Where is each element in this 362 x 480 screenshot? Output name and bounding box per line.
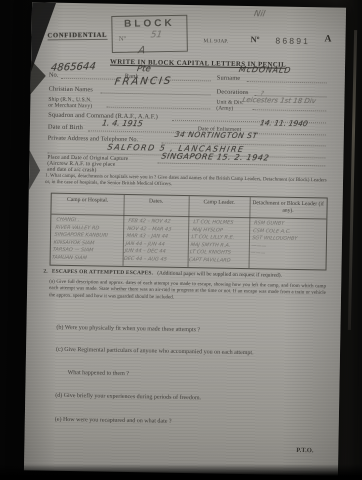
question-2c-followup-text: What happened to them ?	[68, 370, 129, 377]
dotted-line	[61, 78, 119, 80]
surname-value: McDONALD	[238, 65, 292, 75]
block-number-stamp: BLOCK Nº 51	[111, 15, 188, 53]
table-header-camp: Camp or Hospital.	[52, 197, 124, 205]
surname-label: Surname	[217, 75, 241, 82]
table-header-dates: Dates.	[124, 198, 189, 206]
section-2-note: (Additional paper will be supplied on re…	[157, 271, 282, 279]
date-of-birth-value: 1. 4. 1915	[101, 119, 143, 129]
serial-suffix: A	[324, 34, 331, 44]
enlistment-value: 14. 11. 1940	[259, 118, 308, 128]
question-1-text: 1. What camps, detachments or hospitals …	[45, 173, 327, 191]
nil-note-handwritten: Nil	[253, 9, 266, 19]
question-2a-text: (a) Give full description and approx. da…	[49, 279, 326, 304]
table-header-leader: Camp Leader.	[189, 199, 250, 207]
serial-no-label: Nº	[250, 34, 259, 44]
question-2e-text: (e) How were you recaptured and on what …	[55, 417, 172, 425]
block-stamp-number: 51	[150, 30, 163, 40]
confidential-stamp: CONFIDENTIAL	[47, 32, 107, 41]
serial-number: 86891	[275, 36, 310, 47]
block-stamp-no-label: Nº	[119, 35, 126, 43]
dotted-line	[157, 163, 325, 167]
dotted-line	[106, 107, 210, 110]
block-stamp-word: BLOCK	[112, 18, 186, 30]
section-2-title: ESCAPES OR ATTEMPTED ESCAPES.	[52, 269, 153, 277]
dotted-line	[252, 109, 326, 111]
date-of-birth-label: Date of Birth	[48, 124, 83, 132]
question-2c-text: (c) Give Regimental particulars of anyon…	[56, 347, 254, 356]
table-col-dates-entries: FEB 42 – NOV 42NOV 42 – MAR 43 MAR 43 – …	[123, 218, 189, 265]
table-col-camp-entries: CHANGI .RIVER VALLEY RD SINGAPORE KANBUR…	[51, 217, 125, 264]
address-value-line1: 34 NORTINGTON ST	[174, 130, 258, 140]
shadow-wedge	[29, 150, 41, 190]
block-capitals-instruction: WRITE IN BLOCK CAPITAL LETTERS IN PENCIL	[61, 58, 335, 70]
section-2-number: 2.	[43, 269, 48, 275]
unit-div-label-line2: (Army)	[216, 106, 233, 112]
service-number-value: 4865644	[50, 61, 96, 74]
paper-stack-edge	[348, 30, 357, 330]
camps-table: Camp or Hospital. Dates. Camp Leader. De…	[50, 193, 328, 271]
unit-div-value: Leicesters 1st 18 Div	[242, 96, 317, 105]
dotted-line	[247, 81, 327, 83]
photo-background: CONFIDENTIAL BLOCK Nº 51 A M.I. 9/JAP. N…	[0, 0, 362, 480]
pow-questionnaire-form: CONFIDENTIAL BLOCK Nº 51 A M.I. 9/JAP. N…	[24, 2, 346, 475]
bottom-shadow	[0, 464, 362, 480]
rank-value: Pte	[136, 64, 151, 74]
christian-names-value: FRANCIS	[114, 76, 173, 88]
dotted-line	[254, 133, 326, 135]
christian-names-label: Christian Names	[49, 86, 93, 94]
pto-footer: P.T.O.	[296, 447, 313, 454]
table-col-leader-entries: LT COL HOLMESMAJ HYSLOP LT COL LILLY R.E…	[188, 219, 250, 265]
shadow-wedge	[31, 60, 47, 94]
table-header-block-leader: Detachment or Block Leader (if any).	[249, 200, 326, 215]
dotted-line	[101, 93, 211, 96]
capture-value: SINGAPORE 15. 2. 1942	[161, 152, 270, 163]
decorations-label: Decorations	[217, 89, 249, 97]
question-2b-text: (b) Were you physically fit when you mad…	[56, 325, 200, 334]
ship-label-line2: or Merchant Navy)	[48, 103, 92, 110]
question-2d-text: (d) Give briefly your experiences during…	[55, 393, 201, 402]
section-2-heading: 2. ESCAPES OR ATTEMPTED ESCAPES. (Additi…	[43, 269, 282, 279]
block-letter-handwritten: A	[137, 45, 146, 56]
mi9-form-label: M.I. 9/JAP.	[203, 38, 228, 44]
table-col-block-leader-entries: RSM GUNBYCSM COLE A.C. SGT WILLOUGHBY———…	[250, 220, 327, 259]
address-label: Private Address and Telephone No.	[48, 135, 139, 144]
